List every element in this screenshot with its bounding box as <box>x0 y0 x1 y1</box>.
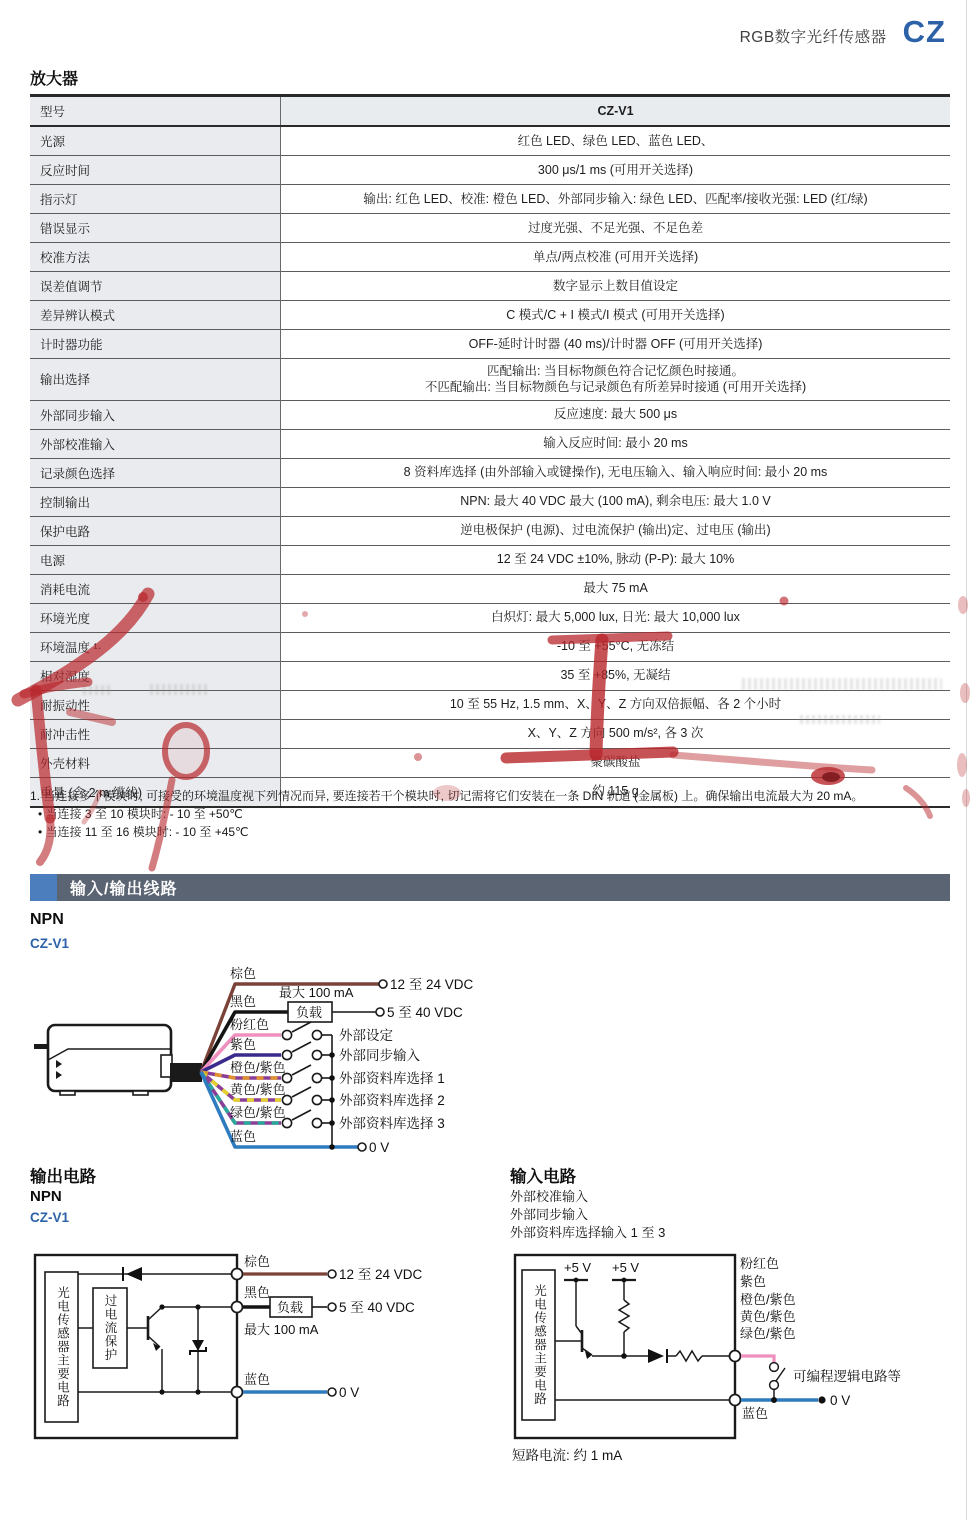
in-wire-green: 绿色/紫色 <box>740 1326 796 1341</box>
in-blue-label: 蓝色 <box>742 1406 768 1421</box>
spec-row-label: 差异辨认模式 <box>30 301 281 330</box>
input-desc-line: 外部同步输入 <box>510 1206 665 1224</box>
spec-row: 保护电路逆电极保护 (电源)、过电流保护 (输出)定、过电压 (输出) <box>30 516 950 545</box>
in-wire-purple: 紫色 <box>740 1274 766 1289</box>
section-bar-square <box>30 874 57 901</box>
zero-volt-label: 0 V <box>369 1140 389 1155</box>
page-edge-line <box>966 0 967 1520</box>
load-voltage-label: 5 至 40 VDC <box>387 1005 463 1020</box>
spec-row: 外壳材料聚碳酸盐 <box>30 748 950 777</box>
spec-row: 反应时间300 μs/1 ms (可用开关选择) <box>30 156 950 185</box>
output-circuit-diagram: 棕色 黑色 负载 最大 100 mA 蓝色 12 至 24 VDC 5 至 40… <box>30 1252 430 1447</box>
out-load-voltage: 5 至 40 VDC <box>339 1300 415 1315</box>
external-switches <box>282 1022 332 1128</box>
output-circuit-title: 输出电路 <box>30 1163 96 1187</box>
spec-row-label: 保护电路 <box>30 516 281 545</box>
spec-row-value: 逆电极保护 (电源)、过电流保护 (输出)定、过电压 (输出) <box>281 516 951 545</box>
input-circuit-diagram: +5 V +5 V 粉红色 紫色 橙色/紫色 黄色/紫色 绿色/紫色 蓝色 可编… <box>512 1252 952 1447</box>
spec-table: 型号CZ-V1光源红色 LED、绿色 LED、蓝色 LED、反应时间300 μs… <box>30 94 950 808</box>
spec-row-value: 白炽灯: 最大 5,000 lux, 日光: 最大 10,000 lux <box>281 603 951 632</box>
spec-row: 消耗电流最大 75 mA <box>30 574 950 603</box>
in-zero-volt: 0 V <box>830 1393 850 1408</box>
footnote-bullet: 当连接 3 至 10 模块时: - 10 至 +50℃ <box>30 805 950 823</box>
spec-row: 环境光度白炽灯: 最大 5,000 lux, 日光: 最大 10,000 lux <box>30 603 950 632</box>
spec-row-value: CZ-V1 <box>281 96 951 127</box>
wire-label-blue: 蓝色 <box>230 1129 256 1144</box>
spec-row: 外部同步输入反应速度: 最大 500 μs <box>30 400 950 429</box>
in-main-block-label: 光电传感器主要电路 <box>524 1272 555 1418</box>
out-load-label: 负载 <box>277 1300 303 1315</box>
spec-row-value: 最大 75 mA <box>281 574 951 603</box>
spec-row: 控制输出NPN: 最大 40 VDC 最大 (100 mA), 剩余电压: 最大… <box>30 487 950 516</box>
spec-row-label: 电源 <box>30 545 281 574</box>
spec-row: 差异辨认模式C 模式/C + I 模式/I 模式 (可用开关选择) <box>30 301 950 330</box>
footnote-block: 1. 当连接多个模块时, 可接受的环境温度视下列情况而异, 要连接若干个模块时,… <box>30 787 950 841</box>
spec-row-label: 错误显示 <box>30 214 281 243</box>
wire-label-pink: 粉红色 <box>230 1017 269 1032</box>
scan-artifact <box>150 684 208 695</box>
npn-heading: NPN <box>30 911 64 929</box>
input-circuit-desc: 外部校准输入 外部同步输入 外部资料库选择输入 1 至 3 <box>510 1188 665 1242</box>
plus5v-label-1: +5 V <box>564 1260 591 1275</box>
spec-row-label: 指示灯 <box>30 185 281 214</box>
ext-set-label: 外部设定 <box>339 1028 393 1043</box>
spec-row-label: 耐冲击性 <box>30 719 281 748</box>
spec-row: 错误显示过度光强、不足光强、不足色差 <box>30 214 950 243</box>
power-range-label: 12 至 24 VDC <box>390 977 474 992</box>
in-wire-pink: 粉红色 <box>740 1256 779 1271</box>
wire-label-green: 绿色/紫色 <box>230 1105 286 1120</box>
out-max-current-label: 最大 100 mA <box>244 1322 319 1337</box>
out-overcurrent-label: 过电流保护 <box>94 1290 126 1366</box>
amplifier-body-drawing <box>34 1025 202 1095</box>
in-wire-yellow: 黄色/紫色 <box>740 1309 796 1324</box>
spec-row-value: 12 至 24 VDC ±10%, 脉动 (P-P): 最大 10% <box>281 545 951 574</box>
spec-row-value: 300 μs/1 ms (可用开关选择) <box>281 156 951 185</box>
out-blue-label: 蓝色 <box>244 1372 270 1387</box>
section-bar-title: 输入/输出线路 <box>57 874 950 901</box>
spec-row: 计时器功能OFF-延时计时器 (40 ms)/计时器 OFF (可用开关选择) <box>30 330 950 359</box>
spec-table-wrap: 型号CZ-V1光源红色 LED、绿色 LED、蓝色 LED、反应时间300 μs… <box>30 94 950 808</box>
plus5v-label-2: +5 V <box>612 1260 639 1275</box>
max-current-label: 最大 100 mA <box>279 985 354 1000</box>
footnote-line: 1. 当连接多个模块时, 可接受的环境温度视下列情况而异, 要连接若干个模块时,… <box>30 787 950 805</box>
spec-row-value: 输出: 红色 LED、校准: 橙色 LED、外部同步输入: 绿色 LED、匹配率… <box>281 185 951 214</box>
wire-label-yellow: 黄色/紫色 <box>230 1082 286 1097</box>
spec-row-label: 输出选择 <box>30 359 281 401</box>
wire-label-brown: 棕色 <box>230 966 256 981</box>
spec-row-label: 记录颜色选择 <box>30 458 281 487</box>
spec-row-label: 环境温度 ¹· <box>30 632 281 661</box>
wiring-diagram: 棕色 黑色 粉红色 紫色 橙色/紫色 黄色/紫色 绿色/紫色 蓝色 最大 100… <box>30 962 482 1164</box>
spec-row-label: 消耗电流 <box>30 574 281 603</box>
spec-row: 校准方法单点/两点校准 (可用开关选择) <box>30 243 950 272</box>
series-code: CZ <box>903 14 946 50</box>
bank2-label: 外部资料库选择 2 <box>339 1092 445 1108</box>
datasheet-page: RGB数字光纤传感器 CZ 放大器 型号CZ-V1光源红色 LED、绿色 LED… <box>0 0 976 1520</box>
output-npn-heading: NPN <box>30 1188 62 1205</box>
plc-label: 可编程逻辑电路等 <box>793 1368 901 1384</box>
scan-artifact <box>742 678 942 690</box>
spec-row: 型号CZ-V1 <box>30 96 950 127</box>
out-brown-label: 棕色 <box>244 1254 270 1269</box>
spec-row-value: 8 资料库选择 (由外部输入或键操作), 无电压输入、输入响应时间: 最小 20… <box>281 458 951 487</box>
wire-label-purple: 紫色 <box>230 1037 256 1052</box>
scan-artifact <box>83 685 113 695</box>
spec-row-label: 控制输出 <box>30 487 281 516</box>
scan-artifact <box>800 715 880 724</box>
spec-row-value: -10 至 +55°C, 无冻结 <box>281 632 951 661</box>
spec-row-value: 红色 LED、绿色 LED、蓝色 LED、 <box>281 126 951 156</box>
spec-row-label: 外部同步输入 <box>30 400 281 429</box>
spec-row: 电源12 至 24 VDC ±10%, 脉动 (P-P): 最大 10% <box>30 545 950 574</box>
spec-row-label: 型号 <box>30 96 281 127</box>
spec-row-label: 外壳材料 <box>30 748 281 777</box>
out-black-label: 黑色 <box>244 1285 270 1300</box>
spec-row-label: 光源 <box>30 126 281 156</box>
out-zero-volt: 0 V <box>339 1385 359 1400</box>
spec-row-value: 过度光强、不足光强、不足色差 <box>281 214 951 243</box>
out-power-range: 12 至 24 VDC <box>339 1267 423 1282</box>
spec-row: 记录颜色选择8 资料库选择 (由外部输入或键操作), 无电压输入、输入响应时间:… <box>30 458 950 487</box>
spec-row-label: 计时器功能 <box>30 330 281 359</box>
spec-row-label: 外部校准输入 <box>30 429 281 458</box>
page-header: RGB数字光纤传感器 CZ <box>0 14 946 50</box>
spec-row-value: 聚碳酸盐 <box>281 748 951 777</box>
in-wire-orange: 橙色/紫色 <box>740 1292 796 1307</box>
model-heading: CZ-V1 <box>30 936 69 951</box>
spec-row-value: 数字显示上数目值设定 <box>281 272 951 301</box>
load-label: 负载 <box>296 1005 322 1020</box>
wire-label-black: 黑色 <box>230 994 256 1009</box>
input-circuit-title: 输入电路 <box>510 1163 576 1187</box>
spec-row-value: OFF-延时计时器 (40 ms)/计时器 OFF (可用开关选择) <box>281 330 951 359</box>
spec-row: 光源红色 LED、绿色 LED、蓝色 LED、 <box>30 126 950 156</box>
input-desc-line: 外部资料库选择输入 1 至 3 <box>510 1224 665 1242</box>
bank3-label: 外部资料库选择 3 <box>339 1115 445 1131</box>
output-model-heading: CZ-V1 <box>30 1210 69 1225</box>
spec-table-body: 型号CZ-V1光源红色 LED、绿色 LED、蓝色 LED、反应时间300 μs… <box>30 96 950 807</box>
product-family-title: RGB数字光纤传感器 <box>740 25 887 47</box>
spec-row-value: C 模式/C + I 模式/I 模式 (可用开关选择) <box>281 301 951 330</box>
bank1-label: 外部资料库选择 1 <box>339 1070 445 1086</box>
out-main-block-label: 光电传感器主要电路 <box>47 1274 78 1420</box>
spec-row: 外部校准输入输入反应时间: 最小 20 ms <box>30 429 950 458</box>
spec-row-value: 匹配输出: 当目标物颜色符合记忆颜色时接通。 不匹配输出: 当目标物颜色与记录颜… <box>281 359 951 401</box>
wire-label-orange: 橙色/紫色 <box>230 1060 286 1075</box>
io-section-bar: 输入/输出线路 <box>30 874 950 901</box>
spec-row: 误差值调节数字显示上数目值设定 <box>30 272 950 301</box>
footnote-bullet: 当连接 11 至 16 模块时: - 10 至 +45℃ <box>30 823 950 841</box>
spec-row: 指示灯输出: 红色 LED、校准: 橙色 LED、外部同步输入: 绿色 LED、… <box>30 185 950 214</box>
spec-row-value: NPN: 最大 40 VDC 最大 (100 mA), 剩余电压: 最大 1.0… <box>281 487 951 516</box>
spec-row: 环境温度 ¹·-10 至 +55°C, 无冻结 <box>30 632 950 661</box>
spec-row-label: 环境光度 <box>30 603 281 632</box>
spec-row-label: 误差值调节 <box>30 272 281 301</box>
footnote-bullets: 当连接 3 至 10 模块时: - 10 至 +50℃当连接 11 至 16 模… <box>30 805 950 841</box>
ext-sync-label: 外部同步输入 <box>339 1047 420 1063</box>
spec-row-label: 校准方法 <box>30 243 281 272</box>
spec-row-value: 输入反应时间: 最小 20 ms <box>281 429 951 458</box>
spec-row-value: 反应速度: 最大 500 μs <box>281 400 951 429</box>
spec-row-label: 反应时间 <box>30 156 281 185</box>
short-circuit-note: 短路电流: 约 1 mA <box>512 1444 622 1464</box>
spec-row-value: 单点/两点校准 (可用开关选择) <box>281 243 951 272</box>
spec-row: 输出选择匹配输出: 当目标物颜色符合记忆颜色时接通。 不匹配输出: 当目标物颜色… <box>30 359 950 401</box>
input-desc-line: 外部校准输入 <box>510 1188 665 1206</box>
amplifier-section-title: 放大器 <box>30 66 78 89</box>
